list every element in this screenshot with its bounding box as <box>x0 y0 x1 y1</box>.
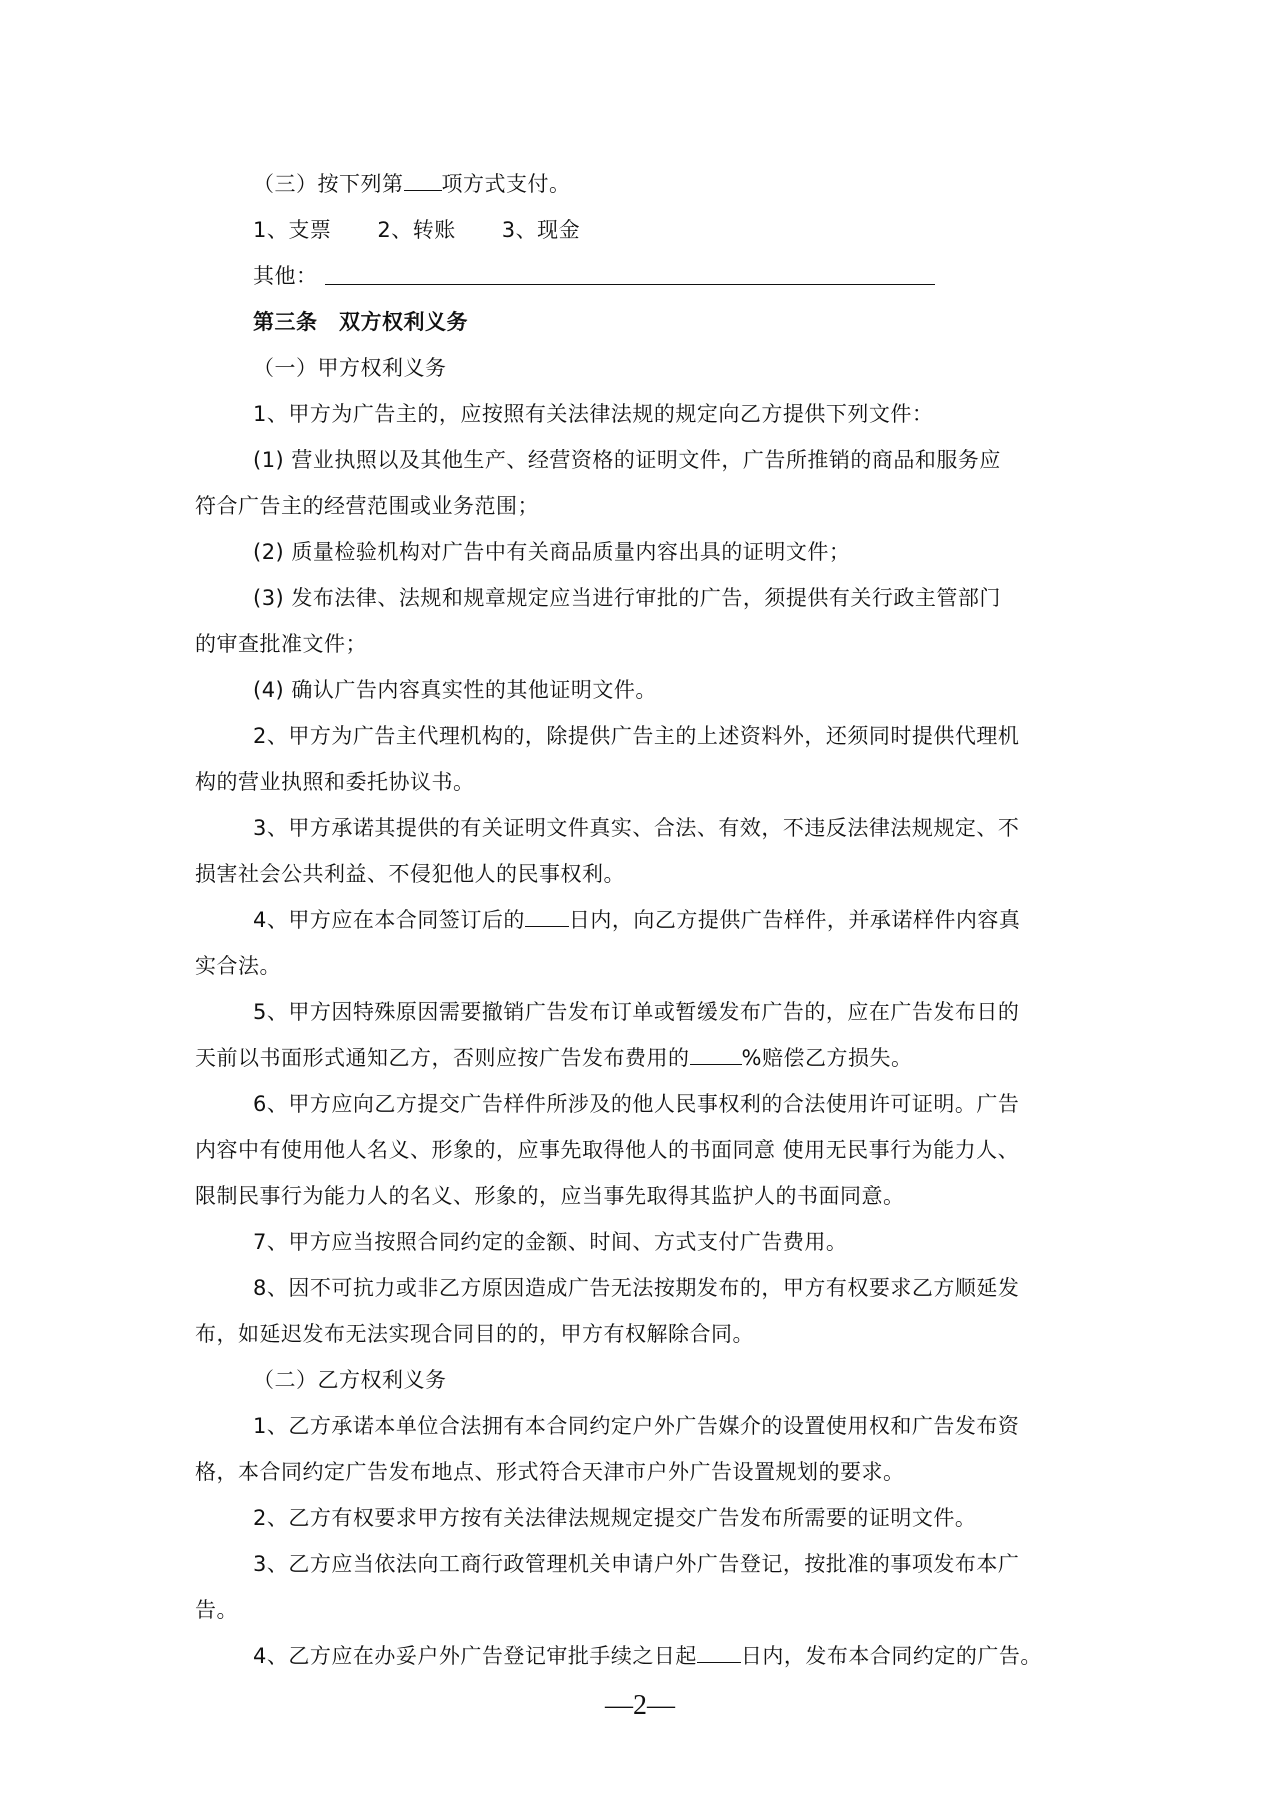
partyA-item1: 1、甲方为广告主的，应按照有关法律法规的规定向乙方提供下列文件： <box>253 400 933 428</box>
partyA-item4-post: 日内，向乙方提供广告样件，并承诺样件内容真 <box>569 908 1021 932</box>
payment-option-cash: 3、现金 <box>502 216 580 244</box>
partyA-item3-cont: 损害社会公共利益、不侵犯他人的民事权利。 <box>195 860 625 888</box>
partyA-item1-sub3-cont: 的审查批准文件； <box>195 630 367 658</box>
payment-heading: （三）按下列第项方式支付。 <box>253 170 571 198</box>
partyA-item5: 5、甲方因特殊原因需要撤销广告发布订单或暂缓发布广告的，应在广告发布日的 <box>253 998 1019 1026</box>
partyB-item1: 1、乙方承诺本单位合法拥有本合同约定户外广告媒介的设置使用权和广告发布资 <box>253 1412 1019 1440</box>
partyB-item4-pre: 4、乙方应在办妥户外广告登记审批手续之日起 <box>253 1644 697 1668</box>
payment-choice-blank <box>404 170 442 191</box>
partyA-item5-post: %赔偿乙方损失。 <box>742 1046 913 1070</box>
partyA-item4-days-blank <box>525 906 569 927</box>
partyA-item2: 2、甲方为广告主代理机构的，除提供广告主的上述资料外，还须同时提供代理机 <box>253 722 1019 750</box>
payment-option-transfer: 2、转账 <box>377 216 455 244</box>
partyA-item5-pre: 天前以书面形式通知乙方，否则应按广告发布费用的 <box>195 1046 690 1070</box>
partyA-item4: 4、甲方应在本合同签订后的日内，向乙方提供广告样件，并承诺样件内容真 <box>253 906 1020 934</box>
partyA-item1-sub3: (3) 发布法律、法规和规章规定应当进行审批的广告，须提供有关行政主管部门 <box>253 584 1001 612</box>
partyB-item4-post: 日内，发布本合同约定的广告。 <box>741 1644 1042 1668</box>
partyB-item3-cont: 告。 <box>195 1596 238 1624</box>
payment-heading-pre: （三）按下列第 <box>253 172 404 196</box>
partyA-item1-sub4: (4) 确认广告内容真实性的其他证明文件。 <box>253 676 657 704</box>
partyB-item4-days-blank <box>697 1642 741 1663</box>
article3-title: 第三条 双方权利义务 <box>253 308 468 336</box>
payment-options: 1、支票2、转账3、现金 <box>253 216 626 244</box>
partyA-item2-cont: 构的营业执照和委托协议书。 <box>195 768 475 796</box>
partyA-item5-percent-blank <box>690 1044 742 1065</box>
partyA-item6-cont2: 限制民事行为能力人的名义、形象的，应当事先取得其监护人的书面同意。 <box>195 1182 905 1210</box>
partyA-item4-pre: 4、甲方应在本合同签订后的 <box>253 908 525 932</box>
partyA-item8: 8、因不可抗力或非乙方原因造成广告无法按期发布的，甲方有权要求乙方顺延发 <box>253 1274 1019 1302</box>
partyB-heading: （二）乙方权利义务 <box>253 1366 447 1394</box>
partyA-item7: 7、甲方应当按照合同约定的金额、时间、方式支付广告费用。 <box>253 1228 847 1256</box>
partyA-item6-cont1: 内容中有使用他人名义、形象的，应事先取得他人的书面同意 使用无民事行为能力人、 <box>195 1136 1019 1164</box>
partyB-item1-cont: 格，本合同约定广告发布地点、形式符合天津市户外广告设置规划的要求。 <box>195 1458 905 1486</box>
payment-other-blank <box>325 284 935 285</box>
partyB-item3: 3、乙方应当依法向工商行政管理机关申请户外广告登记，按批准的事项发布本广 <box>253 1550 1019 1578</box>
partyB-item4: 4、乙方应在办妥户外广告登记审批手续之日起日内，发布本合同约定的广告。 <box>253 1642 1042 1670</box>
partyA-item4-cont: 实合法。 <box>195 952 281 980</box>
payment-heading-post: 项方式支付。 <box>442 172 571 196</box>
partyA-heading: （一）甲方权利义务 <box>253 354 447 382</box>
document-page: （三）按下列第项方式支付。 1、支票2、转账3、现金 其他： 第三条 双方权利义… <box>0 0 1280 1810</box>
payment-option-cheque: 1、支票 <box>253 216 331 244</box>
page-number: —2— <box>0 1690 1280 1722</box>
partyA-item3: 3、甲方承诺其提供的有关证明文件真实、合法、有效，不违反法律法规规定、不 <box>253 814 1019 842</box>
partyA-item6: 6、甲方应向乙方提交广告样件所涉及的他人民事权利的合法使用许可证明。广告 <box>253 1090 1019 1118</box>
partyA-item1-sub1-cont: 符合广告主的经营范围或业务范围； <box>195 492 539 520</box>
partyA-item1-sub2: (2) 质量检验机构对广告中有关商品质量内容出具的证明文件； <box>253 538 850 566</box>
payment-other-label: 其他： <box>253 262 318 290</box>
partyA-item5-cont: 天前以书面形式通知乙方，否则应按广告发布费用的%赔偿乙方损失。 <box>195 1044 912 1072</box>
partyA-item8-cont: 布，如延迟发布无法实现合同目的的，甲方有权解除合同。 <box>195 1320 754 1348</box>
partyA-item1-sub1: (1) 营业执照以及其他生产、经营资格的证明文件，广告所推销的商品和服务应 <box>253 446 1001 474</box>
partyB-item2: 2、乙方有权要求甲方按有关法律法规规定提交广告发布所需要的证明文件。 <box>253 1504 976 1532</box>
